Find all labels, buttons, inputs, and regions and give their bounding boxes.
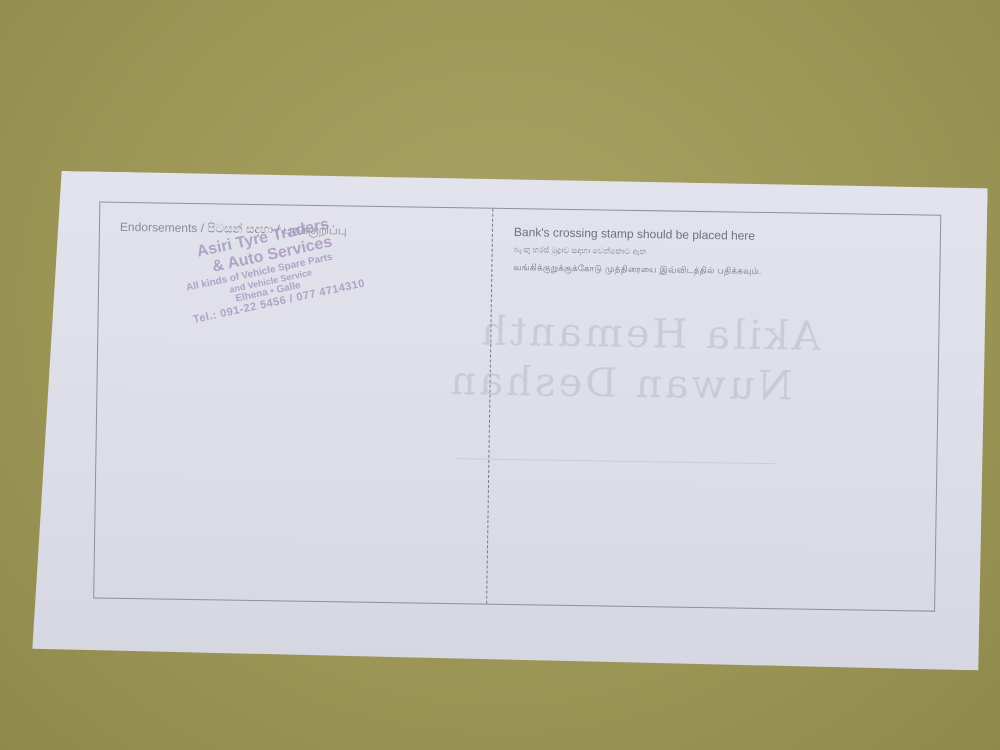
crossing-instruction-english: Bank's crossing stamp should be placed h… <box>514 225 763 243</box>
endorsement-frame: Endorsements / පිටසන් සදහා / புறக்குறிப்… <box>93 202 941 612</box>
show-through-handwriting: Akila Hemanth <box>478 308 821 359</box>
crossing-stamp-area: Bank's crossing stamp should be placed h… <box>513 225 762 278</box>
show-through-line <box>456 458 776 464</box>
crossing-instruction-tamil: வங்கிக்குறுக்குக்கோடு முத்திரையை இவ்விடத… <box>513 262 762 278</box>
cheque-back: Endorsements / පිටසන් සදහා / புறக்குறிப்… <box>32 171 988 671</box>
show-through-handwriting: Nuwan Deshan <box>447 358 793 409</box>
crossing-instruction-sinhala: බැංකු හරස් මුද්‍රාව සඳහා වෙන්කොට ඇත <box>514 245 762 259</box>
dashed-divider <box>486 209 493 604</box>
